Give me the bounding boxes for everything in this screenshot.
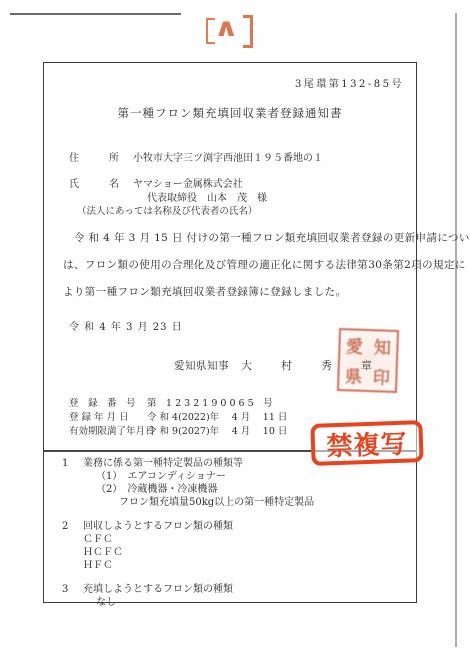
address-label: 住 所 — [69, 149, 119, 164]
registration-date-value: 令 和 4(2022)年 4 月 11 日 — [147, 412, 287, 423]
scan-edge-line-right — [455, 13, 457, 647]
list-item: 3充填しようとするフロン類の種類 なし — [62, 583, 314, 609]
issue-date: 令 和 4 年 3 月 23 日 — [69, 318, 183, 333]
expiry-date-label: 有効期限満了年月日 — [69, 425, 147, 439]
recipient-address-row: 住 所小牧市大字三ツ渕字西池田１９５番地の１ — [69, 149, 323, 164]
issuer-title: 愛知県知事 — [174, 360, 229, 372]
name-label: 氏 名 — [69, 175, 119, 190]
item-number: 2 — [62, 520, 83, 533]
expiry-date-value: 令 和 9(2027)年 4 月 10 日 — [147, 426, 287, 437]
item-line: フロン類充填量50kg以上の第一種特定製品 — [62, 496, 314, 509]
item-line: ＨＣＦＣ — [62, 546, 314, 559]
address-value: 小牧市大字三ツ渕字西池田１９５番地の１ — [133, 153, 323, 164]
recipient-name-row: 氏 名ヤマショー金属株式会社 — [69, 175, 243, 190]
stamp-chevron-icon: ∧ — [213, 13, 238, 42]
item-line: （1） エアコンディショナー — [62, 470, 314, 483]
partial-red-stamp-icon: ∧ — [206, 13, 253, 47]
registration-row: 有効期限満了年月日令 和 9(2027)年 4 月 10 日 — [69, 425, 287, 439]
list-item: 2回収しようとするフロン類の種類 ＣＦＣ ＨＣＦＣ ＨＦＣ — [62, 520, 314, 572]
governor-seal-stamp-icon: 愛 知 県 印 — [337, 328, 399, 393]
body-line-3: より第一種フロン類充填回収業者登録簿に登録しました。 — [63, 279, 399, 306]
list-item: 1業務に係る第一種特定製品の種類等 （1） エアコンディショナー （2） 冷蔵機… — [62, 457, 314, 509]
item-heading: 3充填しようとするフロン類の種類 — [62, 583, 314, 596]
registration-row: 登 録 番 号第 1 2 3 2 1 9 0 0 6 5 号 — [69, 397, 287, 411]
seal-char: 県 — [345, 362, 363, 388]
stamp-right-bracket-icon — [243, 15, 253, 48]
item-heading-text: 回収しようとするフロン類の種類 — [83, 521, 233, 532]
seal-char: 印 — [373, 363, 391, 389]
seal-char: 愛 — [346, 332, 364, 358]
item-number: 3 — [62, 583, 83, 596]
item-number: 1 — [62, 457, 83, 470]
body-line-2: は、フロン類の使用の合理化及び管理の適正化に関する法律第30条第2項の規定に — [63, 252, 399, 279]
item-heading: 2回収しようとするフロン類の種類 — [62, 520, 314, 533]
item-heading: 1業務に係る第一種特定製品の種類等 — [62, 457, 314, 470]
notification-document-frame: 3尾環第132-85号 第一種フロン類充填回収業者登録通知書 住 所小牧市大字三… — [43, 62, 417, 603]
item-line: なし — [62, 596, 314, 609]
item-heading-text: 充填しようとするフロン類の種類 — [83, 584, 233, 595]
seal-char: 知 — [374, 333, 392, 359]
item-line: ＨＦＣ — [62, 559, 314, 572]
item-line: （2） 冷蔵機器・冷凍機器 — [62, 483, 314, 496]
registration-row: 登 録 年 月 日令 和 4(2022)年 4 月 11 日 — [69, 411, 287, 425]
document-title: 第一種フロン類充填回収業者登録通知書 — [44, 105, 416, 121]
detail-items-list: 1業務に係る第一種特定製品の種類等 （1） エアコンディショナー （2） 冷蔵機… — [62, 457, 314, 620]
item-heading-text: 業務に係る第一種特定製品の種類等 — [83, 458, 243, 469]
body-line-1: 令 和 4 年 3 月 15 日 付けの第一種フロン類充填回収業者登録の更新申請… — [63, 225, 399, 252]
registration-table: 登 録 番 号第 1 2 3 2 1 9 0 0 6 5 号 登 録 年 月 日… — [69, 397, 287, 439]
document-number: 3尾環第132-85号 — [295, 75, 404, 90]
scan-edge-line-top — [10, 13, 181, 15]
registration-number-label: 登 録 番 号 — [69, 397, 147, 411]
representative-name: 代表取締役 山本 茂 様 — [147, 189, 267, 204]
scanned-document-page: ∧ 3尾環第132-85号 第一種フロン類充填回収業者登録通知書 住 所小牧市大… — [0, 0, 470, 664]
body-paragraph: 令 和 4 年 3 月 15 日 付けの第一種フロン類充填回収業者登録の更新申請… — [63, 225, 399, 306]
registration-number-value: 第 1 2 3 2 1 9 0 0 6 5 号 — [147, 398, 273, 409]
registration-date-label: 登 録 年 月 日 — [69, 411, 147, 425]
no-copy-stamp: 禁複写 — [310, 420, 423, 466]
recipient-note: （法人にあっては名称及び代表者の氏名） — [77, 203, 257, 217]
item-line: ＣＦＣ — [62, 533, 314, 546]
